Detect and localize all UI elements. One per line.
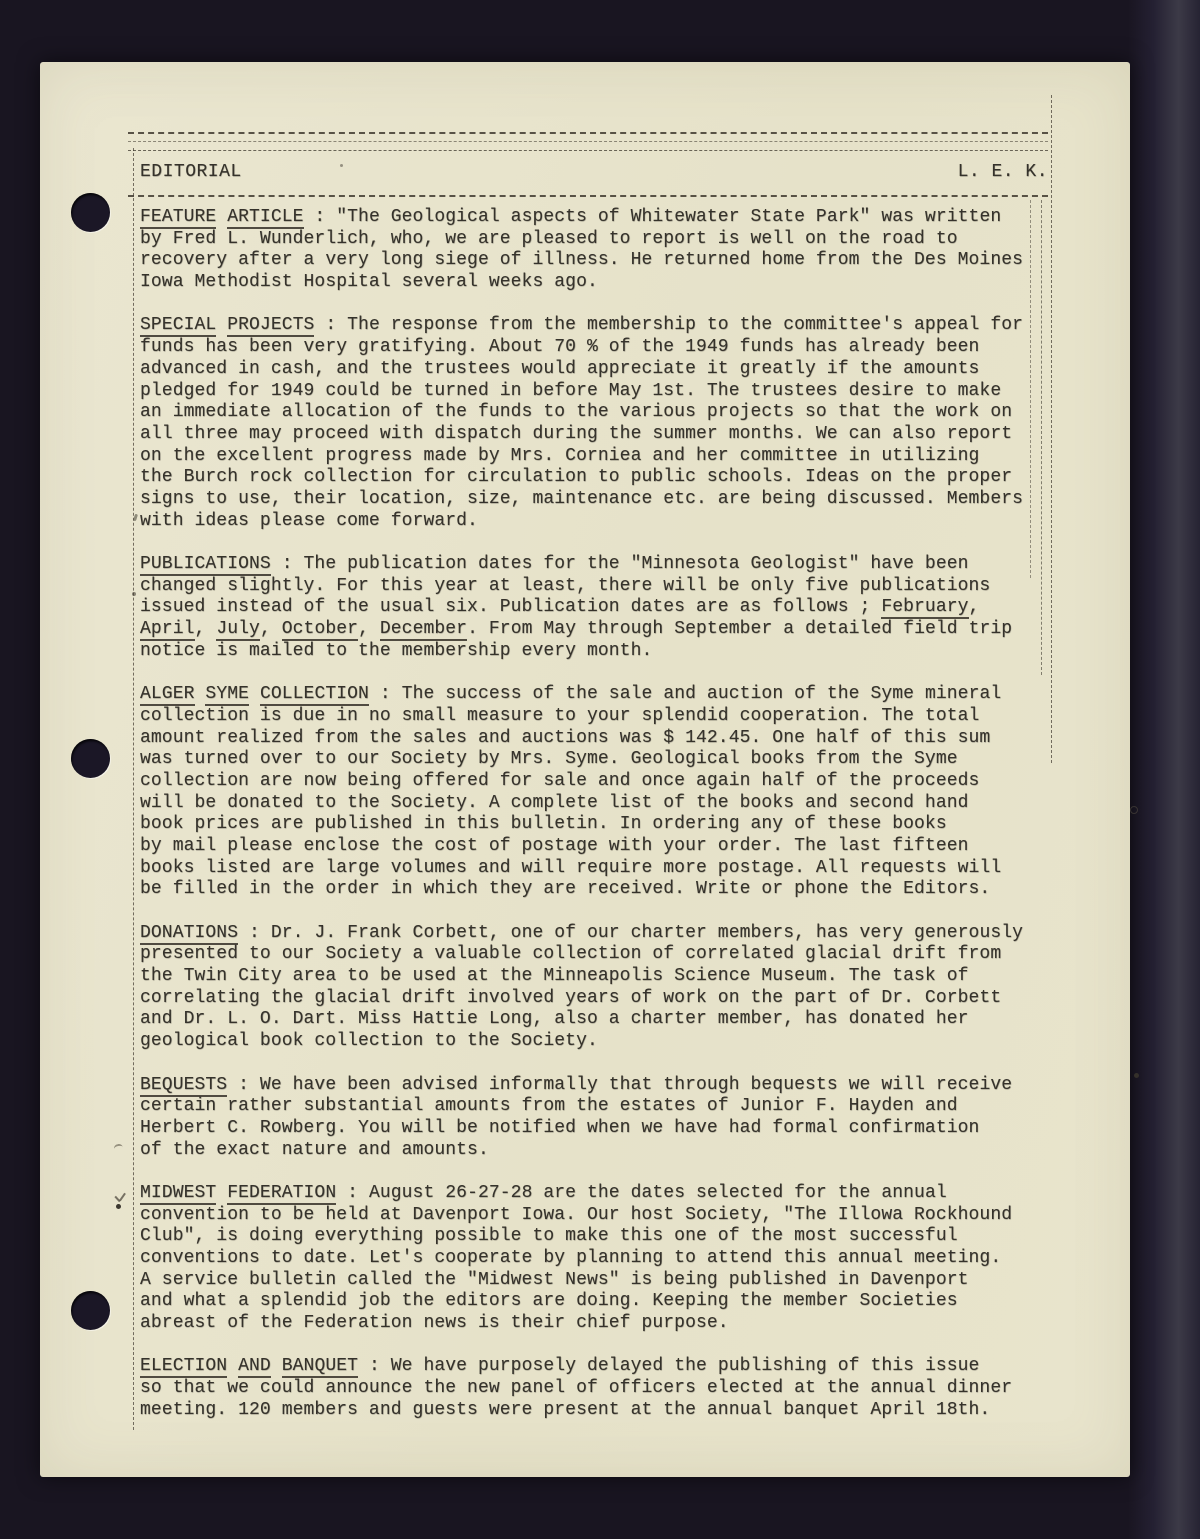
text-line: Herbert C. Rowberg. You will be notified… xyxy=(140,1118,1070,1140)
ink-speck xyxy=(133,514,138,522)
top-rule-1 xyxy=(128,132,1048,134)
text-line: signs to use, their location, size, main… xyxy=(140,489,1070,511)
text-line: be filled in the order in which they are… xyxy=(140,879,1070,901)
text-line: by mail please enclose the cost of posta… xyxy=(140,836,1070,858)
underlined-word: April xyxy=(140,619,195,641)
text-line: all three may proceed with dispatch duri… xyxy=(140,424,1070,446)
page-title: EDITORIAL xyxy=(140,162,242,182)
text-line: ELECTION AND BANQUET : We have purposely… xyxy=(140,1356,1070,1378)
top-rule-3 xyxy=(128,150,1048,151)
ink-speck xyxy=(1134,1073,1139,1078)
underlined-word: FEATURE xyxy=(140,207,216,229)
text-line: of the exact nature and amounts. xyxy=(140,1140,1070,1162)
underlined-word: BANQUET xyxy=(282,1356,358,1378)
scanned-page: EDITORIAL L. E. K. FEATURE ARTICLE : "Th… xyxy=(40,62,1130,1477)
section-election-and-banquet: ELECTION AND BANQUET : We have purposely… xyxy=(140,1356,1070,1421)
text-line: DONATIONS : Dr. J. Frank Corbett, one of… xyxy=(140,923,1070,945)
text-line: convention to be held at Davenport Iowa.… xyxy=(140,1205,1070,1227)
underlined-word: PUBLICATIONS xyxy=(140,554,271,576)
underlined-word: ALGER xyxy=(140,684,195,706)
section-donations: DONATIONS : Dr. J. Frank Corbett, one of… xyxy=(140,923,1070,1053)
underlined-word: December xyxy=(380,619,467,641)
text-line: Club", is doing everything possible to m… xyxy=(140,1226,1070,1248)
top-rule-2 xyxy=(128,141,1048,142)
background-edge-shadow xyxy=(1128,0,1200,1539)
section-publications: PUBLICATIONS : The publication dates for… xyxy=(140,554,1070,662)
underlined-word: ELECTION xyxy=(140,1356,227,1378)
left-margin-rule xyxy=(133,148,134,1430)
text-line: conventions to date. Let's cooperate by … xyxy=(140,1248,1070,1270)
text-line: pledged for 1949 could be turned in befo… xyxy=(140,381,1070,403)
text-line: recovery after a very long siege of illn… xyxy=(140,250,1070,272)
text-line: FEATURE ARTICLE : "The Geological aspect… xyxy=(140,207,1070,229)
underlined-word: SYME xyxy=(205,684,249,706)
text-line: A service bulletin called the "Midwest N… xyxy=(140,1270,1070,1292)
ink-speck xyxy=(1130,806,1138,814)
text-line: PUBLICATIONS : The publication dates for… xyxy=(140,554,1070,576)
text-line: was turned over to our Society by Mrs. S… xyxy=(140,749,1070,771)
header-underline-rule xyxy=(128,195,1048,197)
text-line: MIDWEST FEDERATION : August 26-27-28 are… xyxy=(140,1183,1070,1205)
text-line: April, July, October, December. From May… xyxy=(140,619,1070,641)
section-midwest-federation: MIDWEST FEDERATION : August 26-27-28 are… xyxy=(140,1183,1070,1335)
underlined-word: February xyxy=(881,597,968,619)
text-line: SPECIAL PROJECTS : The response from the… xyxy=(140,315,1070,337)
section-feature-article: FEATURE ARTICLE : "The Geological aspect… xyxy=(140,207,1070,294)
punch-hole-bottom xyxy=(71,1291,110,1330)
text-line: on the excellent progress made by Mrs. C… xyxy=(140,446,1070,468)
section-alger-syme-collection: ALGER SYME COLLECTION : The success of t… xyxy=(140,684,1070,901)
ink-speck xyxy=(132,592,136,596)
text-line: Iowa Methodist Hospital several weeks ag… xyxy=(140,272,1070,294)
underlined-word: COLLECTION xyxy=(260,684,369,706)
pencil-mark xyxy=(113,1143,123,1153)
text-line: with ideas please come forward. xyxy=(140,511,1070,533)
underlined-word: MIDWEST xyxy=(140,1183,216,1205)
text-line: will be donated to the Society. A comple… xyxy=(140,793,1070,815)
text-line: presented to our Society a valuable coll… xyxy=(140,944,1070,966)
text-line: collection is due in no small measure to… xyxy=(140,706,1070,728)
section-special-projects: SPECIAL PROJECTS : The response from the… xyxy=(140,315,1070,532)
underlined-word: FEDERATION xyxy=(227,1183,336,1205)
page-header: EDITORIAL L. E. K. xyxy=(140,159,1048,185)
pencil-check-mark xyxy=(112,1194,126,1208)
text-line: certain rather substantial amounts from … xyxy=(140,1096,1070,1118)
underlined-word: DONATIONS xyxy=(140,923,238,945)
editorial-sections: FEATURE ARTICLE : "The Geological aspect… xyxy=(140,207,1070,1443)
text-line: an immediate allocation of the funds to … xyxy=(140,402,1070,424)
text-line: by Fred L. Wunderlich, who, we are pleas… xyxy=(140,229,1070,251)
text-line: BEQUESTS : We have been advised informal… xyxy=(140,1075,1070,1097)
text-line: meeting. 120 members and guests were pre… xyxy=(140,1400,1070,1422)
text-line: funds has been very gratifying. About 70… xyxy=(140,337,1070,359)
text-line: abreast of the Federation news is their … xyxy=(140,1313,1070,1335)
text-line: geological book collection to the Societ… xyxy=(140,1031,1070,1053)
text-line: amount realized from the sales and aucti… xyxy=(140,728,1070,750)
text-line: collection are now being offered for sal… xyxy=(140,771,1070,793)
underlined-word: SPECIAL xyxy=(140,315,216,337)
section-bequests: BEQUESTS : We have been advised informal… xyxy=(140,1075,1070,1162)
text-line: notice is mailed to the membership every… xyxy=(140,641,1070,663)
underlined-word: ARTICLE xyxy=(227,207,303,229)
underlined-word: AND xyxy=(238,1356,271,1378)
punch-hole-middle xyxy=(71,739,110,778)
underlined-word: October xyxy=(282,619,358,641)
text-line: the Twin City area to be used at the Min… xyxy=(140,966,1070,988)
text-line: the Burch rock collection for circulatio… xyxy=(140,467,1070,489)
editor-initials: L. E. K. xyxy=(958,162,1048,182)
underlined-word: BEQUESTS xyxy=(140,1075,227,1097)
text-line: correlating the glacial drift involved y… xyxy=(140,988,1070,1010)
text-line: so that we could announce the new panel … xyxy=(140,1378,1070,1400)
punch-hole-top xyxy=(71,193,110,232)
underlined-word: PROJECTS xyxy=(227,315,314,337)
text-line: and what a splendid job the editors are … xyxy=(140,1291,1070,1313)
text-line: changed slightly. For this year at least… xyxy=(140,576,1070,598)
text-line: books listed are large volumes and will … xyxy=(140,858,1070,880)
text-line: issued instead of the usual six. Publica… xyxy=(140,597,1070,619)
ink-speck xyxy=(340,164,343,167)
underlined-word: July xyxy=(216,619,260,641)
text-line: advanced in cash, and the trustees would… xyxy=(140,359,1070,381)
text-line: ALGER SYME COLLECTION : The success of t… xyxy=(140,684,1070,706)
text-line: book prices are published in this bullet… xyxy=(140,814,1070,836)
text-line: and Dr. L. O. Dart. Miss Hattie Long, al… xyxy=(140,1009,1070,1031)
